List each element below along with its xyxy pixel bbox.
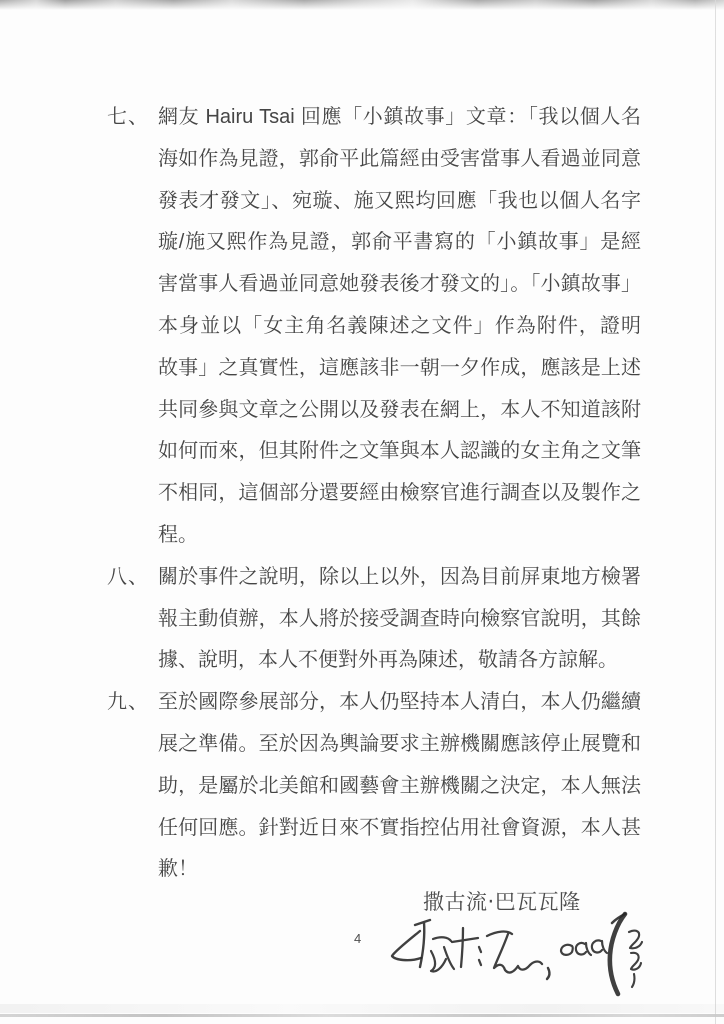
text-line: 關於事件之說明，除以上以外，因為目前屏東地方檢署已剪 [158,557,641,599]
text-line: 程。 [158,515,641,557]
text-line: 據、說明，本人不便對外再為陳述，敬請各方諒解。 [158,640,641,682]
text-line: 至於國際參展部分，本人仍堅持本人清白，本人仍繼續作參 [158,682,641,724]
text-line: 不相同，這個部分還要經由檢察官進行調查以及製作之過 [158,473,641,515]
text-line: 共同參與文章之公開以及發表在網上，本人不知道該附件 [158,390,641,432]
text-line: 璇/施又熙作為見證，郭俞平書寫的「小鎮故事」是經由受 [158,222,641,264]
statement-paragraph: 八、關於事件之說明，除以上以外，因為目前屏東地方檢署已剪報主動偵辦，本人將於接受… [107,557,641,682]
text-line: 展之準備。至於因為輿論要求主辦機關應該停止展覽和贊 [158,724,641,766]
paragraph-text: 網友 Hairu Tsai 回應「小鎮故事」文章：「我以個人名字蔡海如作為見證，… [158,97,641,557]
text-line: 本身並以「女主角名義陳述之文件」作為附件，證明「小鎮 [158,306,641,348]
paragraph-text: 關於事件之說明，除以上以外，因為目前屏東地方檢署已剪報主動偵辦，本人將於接受調查… [158,557,641,682]
text-line: 害當事人看過並同意她發表後才發文的」。「小鎮故事」文章 [158,264,641,306]
text-line: 歉！ [158,849,641,891]
text-line: 網友 Hairu Tsai 回應「小鎮故事」文章：「我以個人名字蔡 [158,97,641,139]
statement-paragraph: 九、至於國際參展部分，本人仍堅持本人清白，本人仍繼續作參展之準備。至於因為輿論要… [107,682,641,891]
statement-paragraph: 七、網友 Hairu Tsai 回應「小鎮故事」文章：「我以個人名字蔡海如作為見… [107,97,641,557]
paragraph-number-label: 九、 [107,682,158,724]
text-line: 報主動偵辦，本人將於接受調查時向檢察官說明，其餘證 [158,599,641,641]
scan-artifact-right-line [715,0,716,1024]
page-number: 4 [354,931,361,946]
text-line: 故事」之真實性，這應該非一朝一夕作成，應該是上述人士 [158,348,641,390]
scan-artifact-top-edge [0,0,724,10]
text-line: 任何回應。針對近日來不實指控佔用社會資源，本人甚感抱 [158,808,641,850]
text-line: 發表才發文」、宛璇、施又熙均回應「我也以個人名字蔡宛 [158,181,641,223]
statement-body: 七、網友 Hairu Tsai 回應「小鎮故事」文章：「我以個人名字蔡海如作為見… [107,97,641,891]
scan-artifact-bottom-line [0,1014,724,1017]
paragraph-number-label: 七、 [107,97,158,139]
scanned-document-page: 七、網友 Hairu Tsai 回應「小鎮故事」文章：「我以個人名字蔡海如作為見… [0,0,724,1024]
paragraph-number-label: 八、 [107,557,158,599]
handwritten-signature [385,908,650,1003]
text-line: 海如作為見證，郭俞平此篇經由受害當事人看過並同意她 [158,139,641,181]
scan-artifact-bottom-haze [0,1004,724,1013]
text-line: 如何而來，但其附件之文筆與本人認識的女主角之文筆並 [158,431,641,473]
paragraph-text: 至於國際參展部分，本人仍堅持本人清白，本人仍繼續作參展之準備。至於因為輿論要求主… [158,682,641,891]
text-line: 助，是屬於北美館和國藝會主辦機關之決定，本人無法再作 [158,766,641,808]
